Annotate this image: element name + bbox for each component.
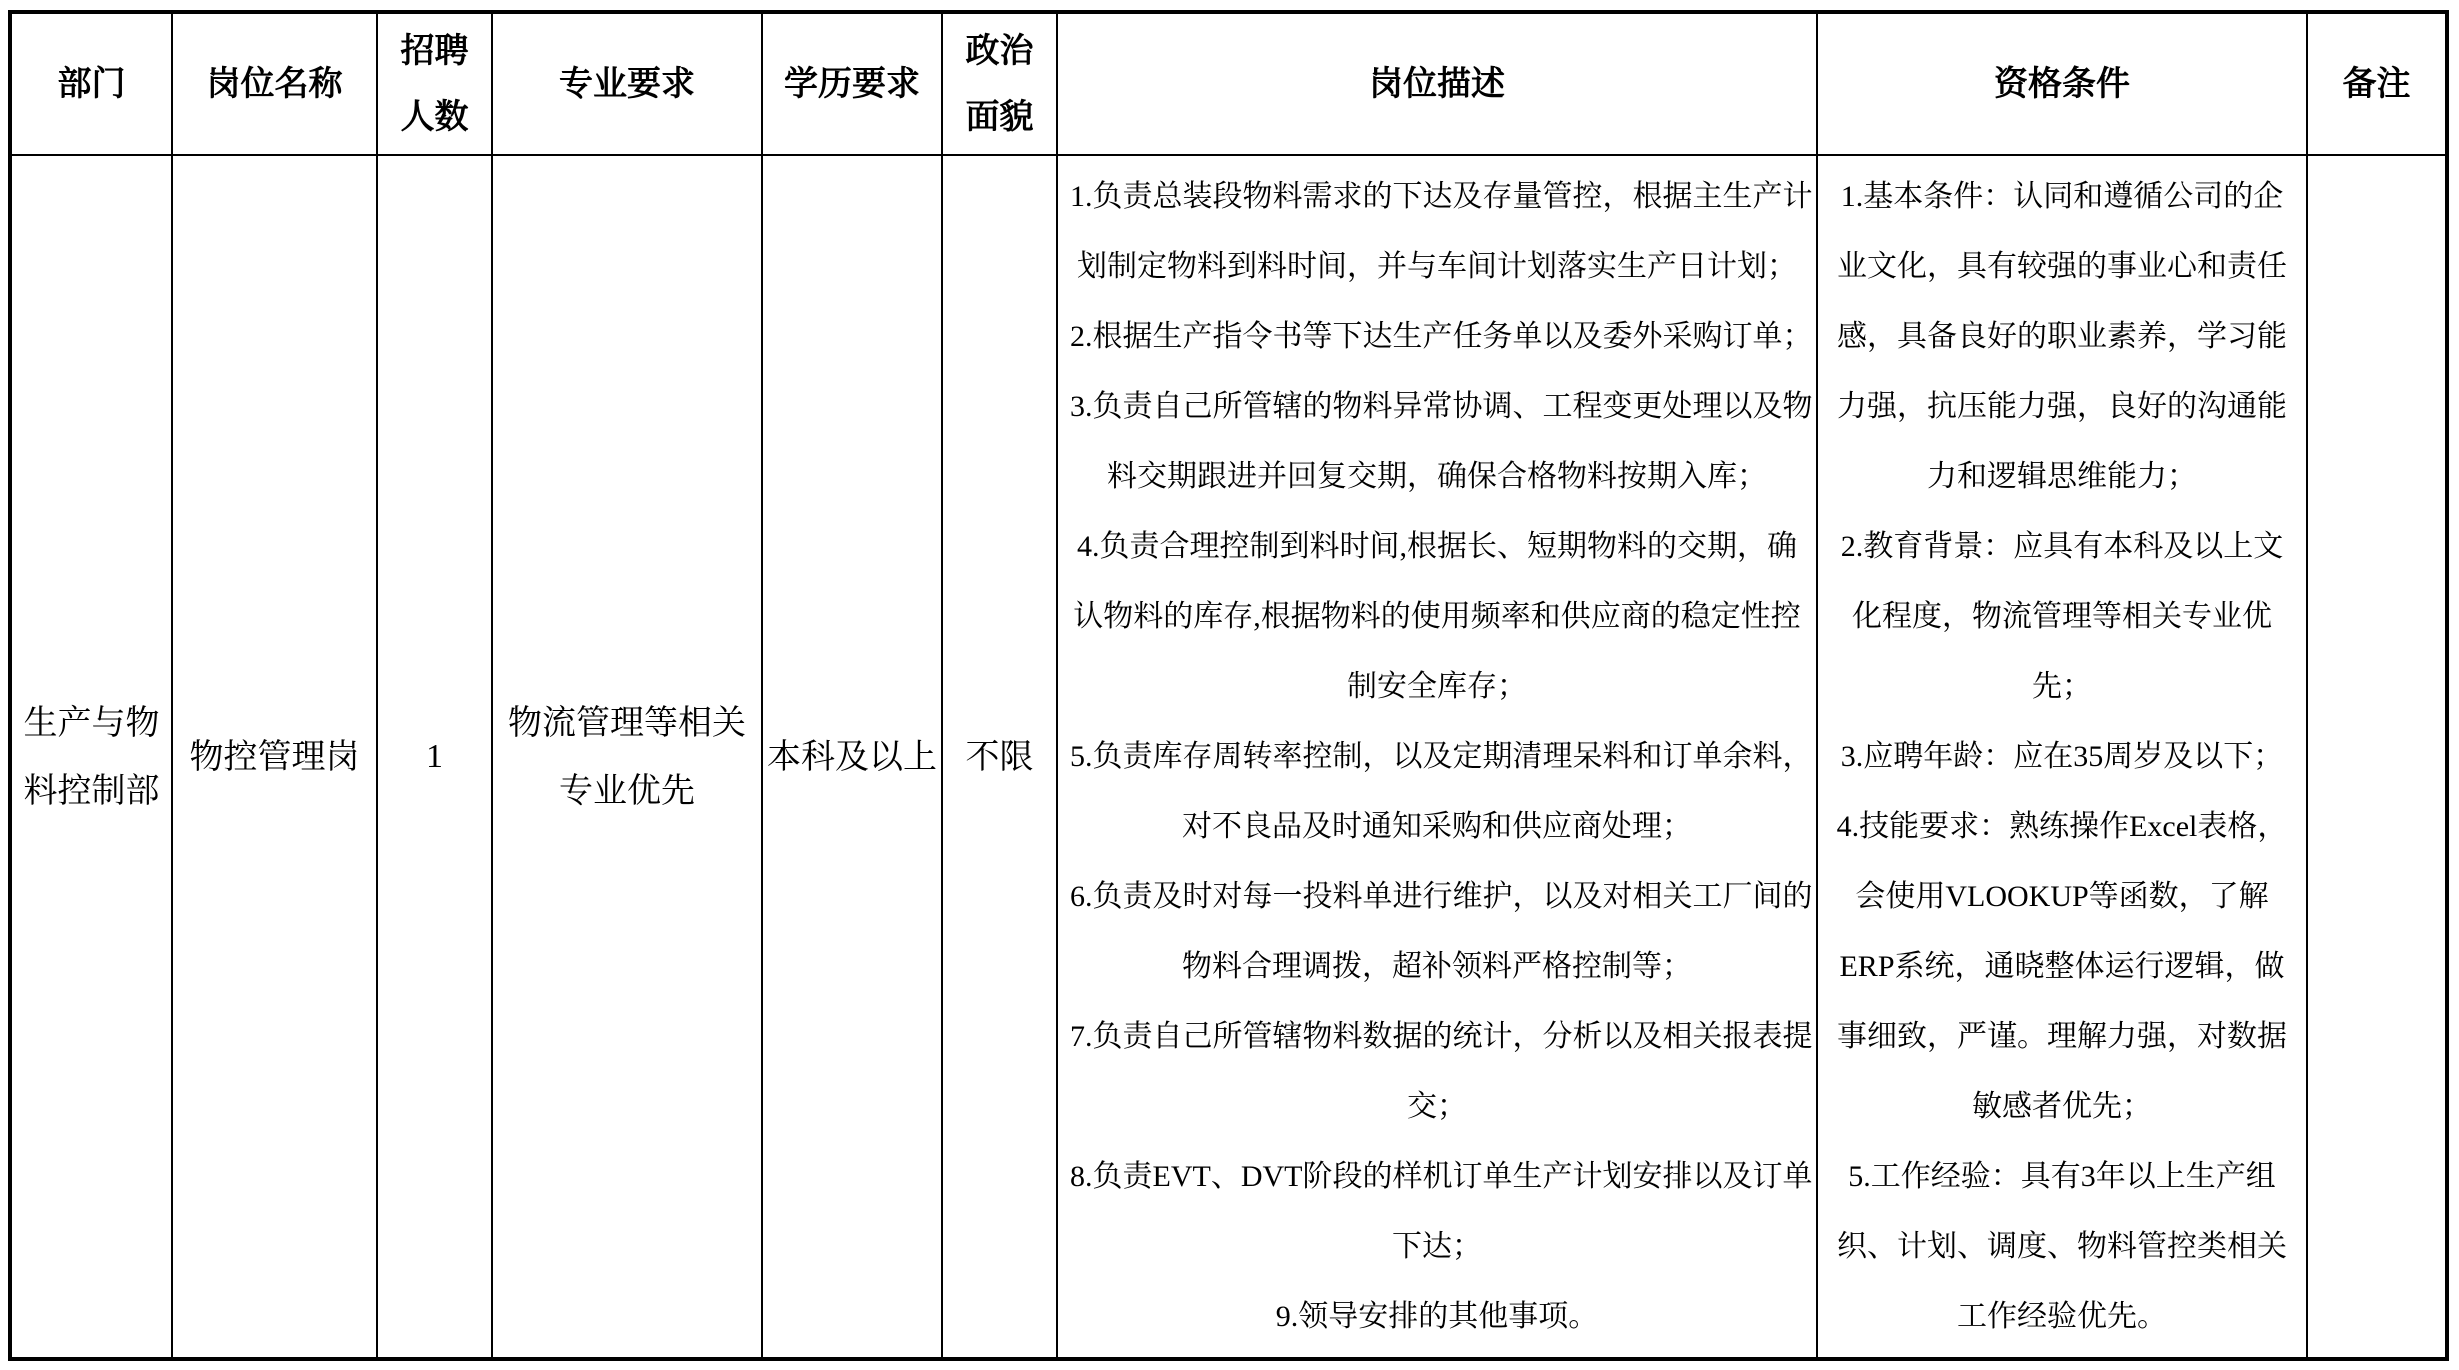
header-qualifications: 资格条件 bbox=[1817, 12, 2307, 155]
qualification-line: 4.技能要求：熟练操作Excel表格， bbox=[1830, 792, 2294, 862]
header-row: 部门 岗位名称 招聘 人数 专业要求 学历要求 政治 面貌 岗位描述 资格条件 … bbox=[10, 12, 2447, 155]
job-description-line: 4.负责合理控制到料时间,根据长、短期物料的交期，确 bbox=[1070, 512, 1804, 582]
job-description-line: 制安全库存； bbox=[1070, 652, 1804, 722]
qualification-line: 业文化，具有较强的事业心和责任 bbox=[1830, 232, 2294, 302]
cell-department: 生产与物 料控制部 bbox=[10, 155, 172, 1359]
job-description-line: 划制定物料到料时间，并与车间计划落实生产日计划； bbox=[1070, 232, 1804, 302]
qualification-line: 先； bbox=[1830, 652, 2294, 722]
cell-political-status: 不限 bbox=[942, 155, 1057, 1359]
job-description-line: 认物料的库存,根据物料的使用频率和供应商的稳定性控 bbox=[1070, 582, 1804, 652]
job-description-line: 物料合理调拨，超补领料严格控制等； bbox=[1070, 932, 1804, 1002]
header-remark: 备注 bbox=[2307, 12, 2447, 155]
job-description-line: 2.根据生产指令书等下达生产任务单以及委外采购订单； bbox=[1070, 302, 1804, 372]
qualification-line: 工作经验优先。 bbox=[1830, 1282, 2294, 1352]
qualifications-lines: 1.基本条件：认同和遵循公司的企业文化，具有较强的事业心和责任感，具备良好的职业… bbox=[1818, 162, 2306, 1352]
qualification-line: 1.基本条件：认同和遵循公司的企 bbox=[1830, 162, 2294, 232]
qualification-line: 敏感者优先； bbox=[1830, 1072, 2294, 1142]
job-description-line: 6.负责及时对每一投料单进行维护，以及对相关工厂间的 bbox=[1070, 862, 1804, 932]
header-job-description: 岗位描述 bbox=[1057, 12, 1817, 155]
header-headcount: 招聘 人数 bbox=[377, 12, 492, 155]
job-description-lines: 1.负责总装段物料需求的下达及存量管控，根据主生产计划制定物料到料时间，并与车间… bbox=[1058, 162, 1816, 1352]
cell-education-requirement: 本科及以上 bbox=[762, 155, 942, 1359]
job-description-line: 交； bbox=[1070, 1072, 1804, 1142]
job-description-line: 对不良品及时通知采购和供应商处理； bbox=[1070, 792, 1804, 862]
job-description-line: 7.负责自己所管辖物料数据的统计，分析以及相关报表提 bbox=[1070, 1002, 1804, 1072]
header-major-requirement: 专业要求 bbox=[492, 12, 762, 155]
job-description-line: 下达； bbox=[1070, 1212, 1804, 1282]
header-department: 部门 bbox=[10, 12, 172, 155]
cell-major-requirement: 物流管理等相关 专业优先 bbox=[492, 155, 762, 1359]
qualification-line: 织、计划、调度、物料管控类相关 bbox=[1830, 1212, 2294, 1282]
qualification-line: 事细致，严谨。理解力强，对数据 bbox=[1830, 1002, 2294, 1072]
job-description-line: 料交期跟进并回复交期，确保合格物料按期入库； bbox=[1070, 442, 1804, 512]
job-description-line: 8.负责EVT、DVT阶段的样机订单生产计划安排以及订单 bbox=[1070, 1142, 1804, 1212]
qualification-line: ERP系统，通晓整体运行逻辑，做 bbox=[1830, 932, 2294, 1002]
job-description-line: 5.负责库存周转率控制，以及定期清理呆料和订单余料， bbox=[1070, 722, 1804, 792]
header-education-requirement: 学历要求 bbox=[762, 12, 942, 155]
job-description-line: 1.负责总装段物料需求的下达及存量管控，根据主生产计 bbox=[1070, 162, 1804, 232]
job-description-line: 9.领导安排的其他事项。 bbox=[1070, 1282, 1804, 1352]
job-description-line: 3.负责自己所管辖的物料异常协调、工程变更处理以及物 bbox=[1070, 372, 1804, 442]
header-position-name: 岗位名称 bbox=[172, 12, 377, 155]
cell-job-description: 1.负责总装段物料需求的下达及存量管控，根据主生产计划制定物料到料时间，并与车间… bbox=[1057, 155, 1817, 1359]
qualification-line: 3.应聘年龄：应在35周岁及以下； bbox=[1830, 722, 2294, 792]
qualification-line: 力强，抗压能力强，良好的沟通能 bbox=[1830, 372, 2294, 442]
table-row: 生产与物 料控制部 物控管理岗 1 物流管理等相关 专业优先 本科及以上 不限 … bbox=[10, 155, 2447, 1359]
qualification-line: 会使用VLOOKUP等函数，了解 bbox=[1830, 862, 2294, 932]
header-political-status: 政治 面貌 bbox=[942, 12, 1057, 155]
qualification-line: 2.教育背景：应具有本科及以上文 bbox=[1830, 512, 2294, 582]
cell-qualifications: 1.基本条件：认同和遵循公司的企业文化，具有较强的事业心和责任感，具备良好的职业… bbox=[1817, 155, 2307, 1359]
recruitment-table: 部门 岗位名称 招聘 人数 专业要求 学历要求 政治 面貌 岗位描述 资格条件 … bbox=[8, 10, 2449, 1361]
cell-headcount: 1 bbox=[377, 155, 492, 1359]
qualification-line: 5.工作经验：具有3年以上生产组 bbox=[1830, 1142, 2294, 1212]
qualification-line: 感，具备良好的职业素养，学习能 bbox=[1830, 302, 2294, 372]
qualification-line: 力和逻辑思维能力； bbox=[1830, 442, 2294, 512]
cell-position-name: 物控管理岗 bbox=[172, 155, 377, 1359]
qualification-line: 化程度，物流管理等相关专业优 bbox=[1830, 582, 2294, 652]
cell-remark bbox=[2307, 155, 2447, 1359]
